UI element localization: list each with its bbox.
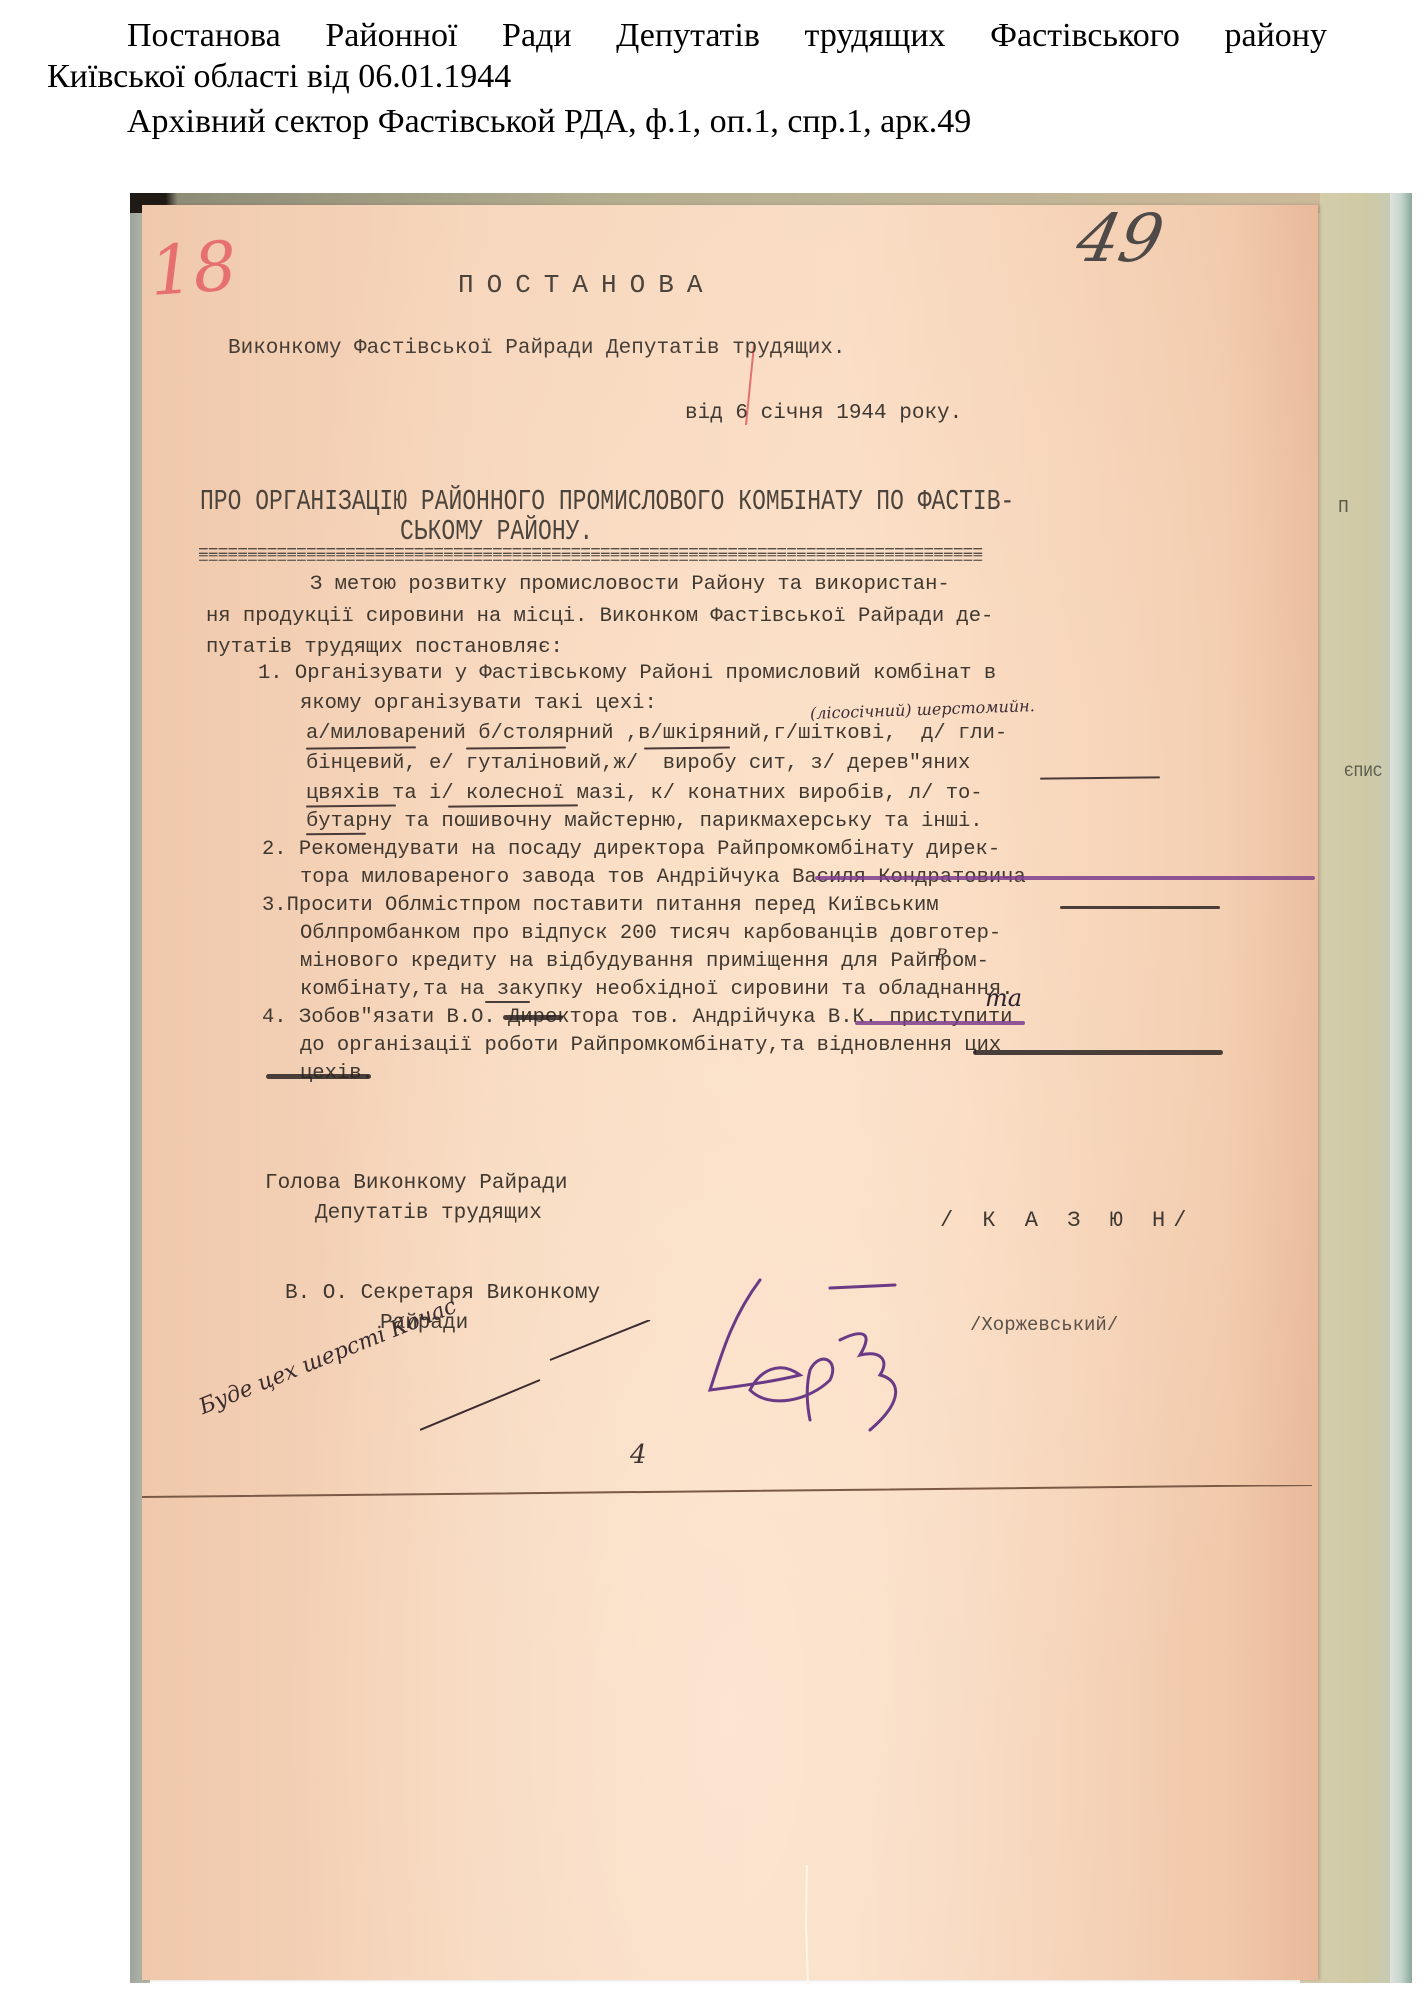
ink-strikethrough — [485, 1001, 530, 1003]
caption-archive-reference: Архівний сектор Фастівськой РДА, ф.1, оп… — [127, 102, 971, 142]
body-line: Облпромбанком про відпуск 200 тисяч карб… — [300, 922, 1001, 945]
under-sheet-text-fragment: ЄПИС — [1344, 763, 1382, 781]
body-line: до організації роботи Райпромкомбінату,т… — [300, 1034, 1001, 1057]
scanned-document-page — [142, 205, 1318, 1980]
purple-ink-strikethrough — [815, 876, 1315, 880]
document-date: від 6 січня 1944 року. — [685, 402, 962, 425]
archive-sheet-number: 49 — [1070, 200, 1170, 277]
document-issuer: Виконкому Фастівської Райради Депутатів … — [228, 337, 846, 360]
body-line: а/миловарений б/столярний ,в/шкіряний,г/… — [306, 722, 1007, 745]
paper-fold-crease — [142, 1485, 1318, 1505]
body-line: З метою розвитку промисловости Району та… — [310, 573, 950, 596]
chair-title-line-1: Голова Виконкому Райради — [265, 1172, 567, 1195]
body-line: бінцевий, е/ гуталіновий,ж/ виробу сит, … — [306, 752, 970, 775]
body-line: цвяхів та і/ колесної мазі, к/ конатних … — [306, 782, 983, 805]
body-line: ня продукції сировини на місці. Виконком… — [206, 605, 993, 628]
handwritten-correction: та — [985, 984, 1022, 1012]
purple-ink-strikethrough — [855, 1021, 1025, 1025]
body-line: комбінату,та на закупку необхідної сиров… — [300, 978, 1014, 1001]
handwritten-insert: Р — [936, 945, 947, 964]
document-title: ПОСТАНОВА — [458, 270, 715, 300]
body-line: 3.Просити Облмістпром поставити питання … — [262, 894, 939, 917]
caption-line-2: Київської області від 06.01.1944 — [47, 57, 511, 97]
body-line: 4. Зобов"язати В.О. Директора тов. Андрі… — [262, 1006, 1012, 1029]
red-pencil-margin-mark: 18 — [147, 227, 239, 312]
caption-line-1: Постанова Районної Ради Депутатів трудящ… — [127, 16, 1327, 56]
ink-strikethrough — [973, 1050, 1223, 1055]
chair-name: / К А З Ю Н/ — [940, 1208, 1194, 1233]
paper-tear — [802, 1865, 812, 1985]
separator-line: ========================================… — [198, 550, 982, 570]
handwritten-number: 4 — [630, 1440, 647, 1470]
secretary-name: /Хоржевський/ — [970, 1314, 1118, 1336]
handwritten-signature — [690, 1260, 970, 1460]
chair-title-line-2: Депутатів трудящих — [315, 1202, 542, 1225]
body-line: бутарну та пошивочну майстерню, парикмах… — [306, 810, 983, 833]
under-sheet-text-fragment: П — [1338, 498, 1349, 518]
body-line: мінового кредиту на відбудування приміще… — [300, 950, 989, 973]
body-line: путатів трудящих постановляє: — [206, 636, 563, 659]
document-subject-line-1: ПРО ОРГАНІЗАЦІЮ РАЙОННОГО ПРОМИСЛОВОГО К… — [200, 485, 1014, 518]
body-line: 1. Організувати у Фастівському Районі пр… — [258, 662, 996, 685]
handwritten-underline-strokes — [420, 1320, 660, 1440]
folder-outer-edge — [1390, 193, 1412, 1983]
body-line: якому організувати такі цехі: — [300, 692, 657, 715]
ink-strikethrough — [503, 1015, 563, 1020]
ink-strikethrough — [1060, 906, 1220, 909]
body-line: 2. Рекомендувати на посаду директора Рай… — [262, 838, 1000, 861]
ink-strikethrough — [266, 1074, 371, 1079]
